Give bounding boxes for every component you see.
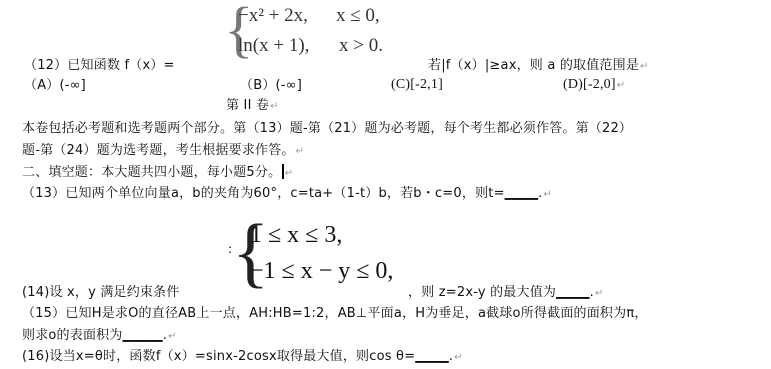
q12-stem-prefix: （12）已知函数 f（x）= xyxy=(24,58,175,73)
q12-piecewise-formula: { −x² + 2x, x ≤ 0, ln(x + 1), x > 0. xyxy=(224,2,394,68)
q16-end: . xyxy=(449,349,453,364)
fill-in-heading: 二、填空题：本大题共四小题，每小题5分。↵ xyxy=(22,164,293,182)
q14-stem-prefix: (14)设 x，y 满足约束条件 xyxy=(22,285,180,300)
paragraph-mark-icon: ↵ xyxy=(296,146,305,157)
q14-answer-blank: _____ xyxy=(556,285,590,300)
q16-answer-blank: _____ xyxy=(415,349,449,364)
q12-row2-cond: x > 0. xyxy=(339,35,383,57)
q14-end: . xyxy=(590,285,594,300)
q12-option-a-label: （A）(-∞] xyxy=(24,78,86,93)
q12-option-d: (D)[-2,0]↵ xyxy=(563,77,625,94)
intro-line-2: 题-第（24）题为选考题，考生根据要求作答。↵ xyxy=(22,143,304,160)
q16-text: (16)设当x=θ时，函数f（x）=sinx-2cosx取得最大值，则cos θ… xyxy=(22,349,415,364)
q12-option-d-label: (D)[-2,0] xyxy=(563,77,616,92)
paragraph-mark-icon: ↵ xyxy=(454,352,463,363)
q14-stem-suffix: ，则 z=2x-y 的最大值为 xyxy=(408,285,556,300)
section-2-title-text: 第 II 卷 xyxy=(226,98,269,113)
q14-constraint-row1: 1 ≤ x ≤ 3, xyxy=(250,222,342,249)
q12-stem-suffix: 若|f（x）|≥ax，则 a 的取值范围是 xyxy=(428,58,639,73)
paragraph-mark-icon: ↵ xyxy=(595,288,604,299)
q12-option-c-label: (C)[-2,1] xyxy=(391,77,443,92)
q13-text: （13）已知两个单位向量a，b的夹角为60°，c=ta+（1-t）b，若b・c=… xyxy=(22,186,505,201)
q12-stem-line: （12）已知函数 f（x）= xyxy=(24,58,175,74)
q12-option-a: （A）(-∞] xyxy=(24,78,86,94)
intro-line-2-text: 题-第（24）题为选考题，考生根据要求作答。 xyxy=(22,143,295,158)
q12-option-b: （B）(-∞] xyxy=(240,78,302,94)
q13-end: . xyxy=(538,186,542,201)
q15-line-1: （15）已知H是求O的直径AB上一点，AH:HB=1:2，AB⊥平面a，H为垂足… xyxy=(22,306,648,322)
q15-line-2: 则求o的表面积为______.↵ xyxy=(22,328,177,345)
q15-line-2-text: 则求o的表面积为 xyxy=(22,328,123,343)
paragraph-mark-icon: ↵ xyxy=(285,168,294,179)
document-page: { −x² + 2x, x ≤ 0, ln(x + 1), x > 0. （12… xyxy=(0,0,771,369)
paragraph-mark-icon: ↵ xyxy=(544,189,553,200)
paragraph-mark-icon: ↵ xyxy=(640,61,649,72)
q15-line-1-text: （15）已知H是求O的直径AB上一点，AH:HB=1:2，AB⊥平面a，H为垂足… xyxy=(22,306,648,321)
q14-constraints-formula: : { 1 ≤ x ≤ 3, −1 ≤ x − y ≤ 0, xyxy=(226,218,416,300)
section-2-title: 第 II 卷↵ xyxy=(226,98,279,115)
q12-option-b-label: （B）(-∞] xyxy=(240,78,302,93)
intro-line-1: 本卷包括必考题和选考题两个部分。第（13）题-第（21）题为必考题，每个考生都必… xyxy=(22,121,632,137)
q15-end: . xyxy=(163,328,167,343)
paragraph-mark-icon: ↵ xyxy=(168,331,177,342)
q15-answer-blank: ______ xyxy=(123,328,163,343)
q16-line: (16)设当x=θ时，函数f（x）=sinx-2cosx取得最大值，则cos θ… xyxy=(22,349,463,366)
q12-stem-suffix-line: 若|f（x）|≥ax，则 a 的取值范围是↵ xyxy=(428,58,649,75)
q12-row1-expr: −x² + 2x, xyxy=(238,5,308,27)
q14-stem-line: (14)设 x，y 满足约束条件 xyxy=(22,285,180,301)
q12-row2-expr: ln(x + 1), xyxy=(238,35,309,57)
q14-stem-suffix-line: ，则 z=2x-y 的最大值为_____.↵ xyxy=(408,285,604,302)
q12-option-c: (C)[-2,1] xyxy=(391,77,443,93)
q12-row1-cond: x ≤ 0, xyxy=(336,5,380,27)
q13-line: （13）已知两个单位向量a，b的夹角为60°，c=ta+（1-t）b，若b・c=… xyxy=(22,186,552,203)
paragraph-mark-icon: ↵ xyxy=(617,80,626,91)
intro-line-1-text: 本卷包括必考题和选考题两个部分。第（13）题-第（21）题为必考题，每个考生都必… xyxy=(22,121,632,136)
q13-answer-blank: _____ xyxy=(505,186,539,201)
q14-constraint-row2: −1 ≤ x − y ≤ 0, xyxy=(250,258,393,285)
fill-in-heading-text: 二、填空题：本大题共四小题，每小题5分。 xyxy=(22,165,281,180)
text-cursor xyxy=(282,164,284,179)
paragraph-mark-icon: ↵ xyxy=(270,101,279,112)
